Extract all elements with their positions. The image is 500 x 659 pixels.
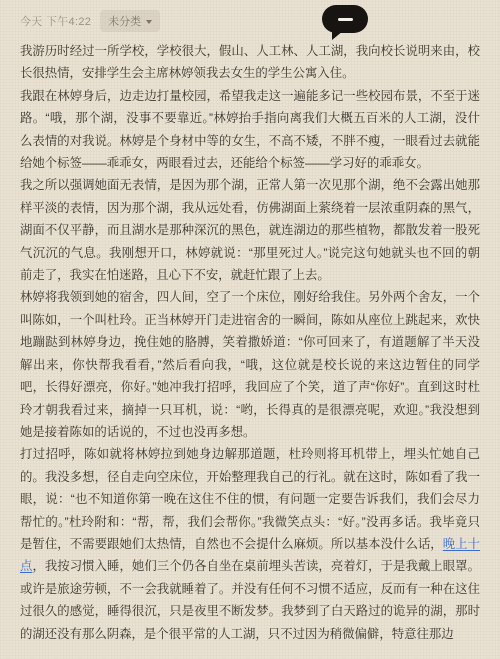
text-segment: 我游历时经过一所学校，学校很大，假山、人工林、人工湖，我向校长说明来由，校长很热…	[20, 44, 480, 80]
paragraph: 我游历时经过一所学校，学校很大，假山、人工林、人工湖，我向校长说明来由，校长很热…	[20, 40, 480, 85]
minus-icon	[338, 18, 353, 21]
paragraph: 我之所以强调她面无表情，是因为那个湖，正常人第一次见那个湖，绝不会露出她那样平淡…	[20, 174, 480, 286]
text-segment: ，我按习惯入睡，她们三个仍各自坐在桌前埋头苦读，亮着灯，于是我戴上眼罩。或许是旅…	[20, 559, 480, 640]
text-segment: 打过招呼，陈如就将林婷拉到她身边解那道题，杜玲则将耳机带上，埋头忙她自己的。我没…	[20, 447, 480, 551]
category-label: 未分类	[108, 13, 141, 29]
paragraph: 林婷将我领到她的宿舍，四人间，空了一个床位，刚好给我住。另外两个舍友，一个叫陈如…	[20, 286, 480, 443]
category-badge[interactable]: 未分类	[100, 10, 160, 32]
header-bar: 今天 下午4:22 未分类	[20, 10, 160, 32]
text-segment: 我之所以强调她面无表情，是因为那个湖，正常人第一次见那个湖，绝不会露出她那样平淡…	[20, 178, 480, 282]
text-segment: 林婷将我领到她的宿舍，四人间，空了一个床位，刚好给我住。另外两个舍友，一个叫陈如…	[20, 290, 480, 438]
paragraph: 我跟在林婷身后，边走边打量校园，希望我走这一遍能多记一些校园布景，不至于迷路。“…	[20, 85, 480, 175]
article-text: 我游历时经过一所学校，学校很大，假山、人工林、人工湖，我向校长说明来由，校长很热…	[20, 40, 480, 645]
note-bubble[interactable]	[322, 5, 368, 33]
text-segment: 我跟在林婷身后，边走边打量校园，希望我走这一遍能多记一些校园布景，不至于迷路。“…	[20, 89, 480, 170]
chevron-down-icon	[146, 20, 152, 24]
paragraph: 打过招呼，陈如就将林婷拉到她身边解那道题，杜玲则将耳机带上，埋头忙她自己的。我没…	[20, 443, 480, 645]
timestamp-label: 今天 下午4:22	[20, 13, 91, 29]
